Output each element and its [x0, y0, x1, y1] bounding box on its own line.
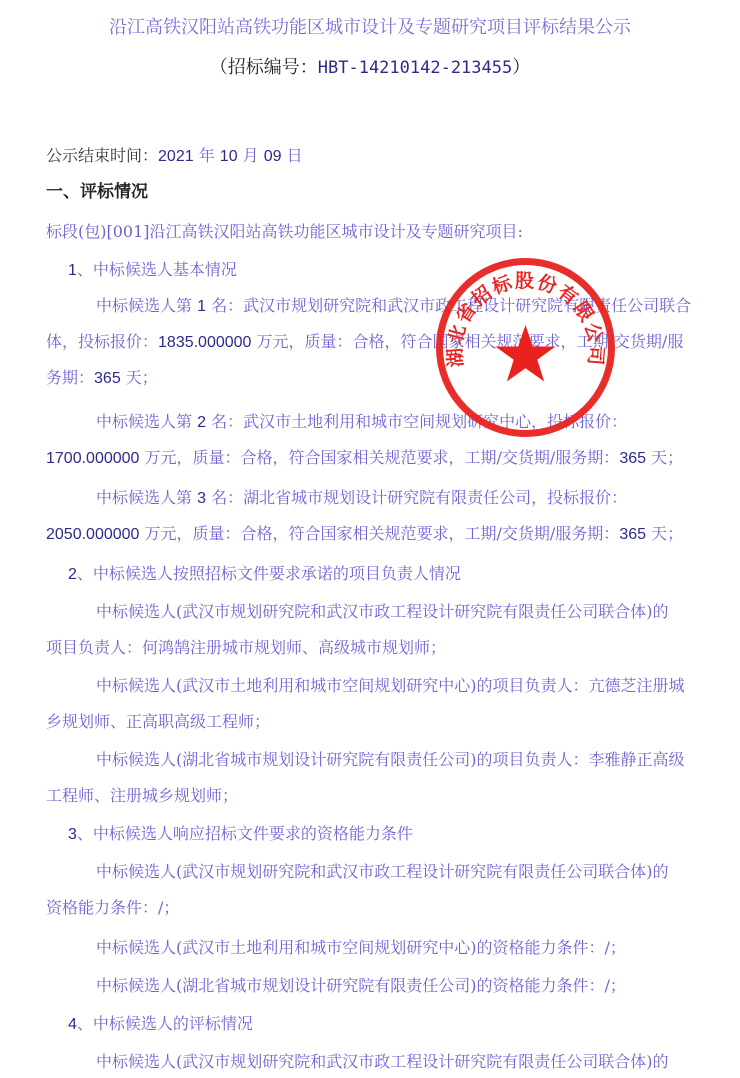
service-days: 365 — [94, 370, 121, 387]
project-lead-line: 中标候选人(武汉市规划研究院和武汉市政工程设计研究院有限责任公司联合体)的 — [96, 602, 669, 622]
year-unit: 年 — [194, 146, 220, 165]
bid-price: 2050.000000 — [46, 526, 139, 543]
svg-text:湖北省招标股份有限公司: 湖北省招标股份有限公司 — [443, 270, 607, 368]
text: 体，投标报价： — [46, 332, 158, 351]
subsection-index: 4 — [68, 1016, 77, 1033]
tender-code: HBT-14210142-213455 — [318, 58, 512, 78]
publicity-end-time: 公示结束时间：2021 年 10 月 09 日 — [46, 146, 303, 167]
text: 务期： — [46, 368, 94, 387]
rank: 1 — [197, 298, 206, 315]
project-lead-line: 中标候选人(武汉市土地利用和城市空间规划研究中心)的项目负责人：亢德芝注册城 — [96, 676, 685, 696]
project-lead-line: 工程师、注册城乡规划师； — [46, 786, 238, 806]
section-heading-evaluation: 一、评标情况 — [46, 182, 148, 202]
service-days: 365 — [619, 526, 646, 543]
document-page: 沿江高铁汉阳站高铁功能区城市设计及专题研究项目评标结果公示 （招标编号：HBT-… — [0, 0, 740, 1078]
candidate-3-line1: 中标候选人第 3 名：湖北省城市规划设计研究院有限责任公司，投标报价： — [96, 488, 627, 509]
end-time-month: 10 — [220, 148, 238, 165]
text: 天； — [121, 368, 158, 387]
candidate-1-line1: 中标候选人第 1 名：武汉市规划研究院和武汉市政工程设计研究院有限责任公司联合 — [96, 296, 691, 317]
text: 万元，质量：合格，符合国家相关规范要求，工期/交货期/服务期： — [139, 448, 619, 467]
subsection-title: 、中标候选人的评标情况 — [77, 1014, 253, 1033]
text: 中标候选人第 — [96, 488, 197, 507]
qualification-line: 资格能力条件：/； — [46, 898, 179, 918]
text: 名：湖北省城市规划设计研究院有限责任公司，投标报价： — [206, 488, 627, 507]
tender-number-prefix: （招标编号： — [210, 57, 318, 78]
subsection-1-heading: 1、中标候选人基本情况 — [68, 260, 237, 281]
text: 中标候选人第 — [96, 412, 197, 431]
qualification-line: 中标候选人(湖北省城市规划设计研究院有限责任公司)的资格能力条件：/； — [96, 976, 626, 996]
project-lead-line: 乡规划师、正高职高级工程师； — [46, 712, 270, 732]
subsection-title: 、中标候选人基本情况 — [77, 260, 237, 279]
subsection-2-heading: 2、中标候选人按照招标文件要求承诺的项目负责人情况 — [68, 564, 461, 585]
subsection-index: 3 — [68, 826, 77, 843]
project-lead-line: 中标候选人(湖北省城市规划设计研究院有限责任公司)的项目负责人：李雅静正高级 — [96, 750, 685, 770]
month-unit: 月 — [238, 146, 264, 165]
candidate-3-line2: 2050.000000 万元，质量：合格，符合国家相关规范要求，工期/交货期/服… — [46, 524, 683, 545]
subsection-title: 、中标候选人响应招标文件要求的资格能力条件 — [77, 824, 413, 843]
bid-price: 1835.000000 — [158, 334, 251, 351]
rank: 3 — [197, 490, 206, 507]
text: 天； — [646, 448, 683, 467]
subsection-index: 2 — [68, 566, 77, 583]
document-title: 沿江高铁汉阳站高铁功能区城市设计及专题研究项目评标结果公示 — [0, 18, 740, 38]
text: 名：武汉市土地利用和城市空间规划研究中心，投标报价： — [206, 412, 627, 431]
day-unit: 日 — [282, 146, 303, 165]
lot-line: 标段(包)[001]沿江高铁汉阳站高铁功能区城市设计及专题研究项目: — [46, 222, 523, 242]
tender-number: （招标编号：HBT-14210142-213455） — [0, 58, 740, 78]
candidate-1-line2: 体，投标报价：1835.000000 万元，质量：合格，符合国家相关规范要求，工… — [46, 332, 683, 353]
qualification-line: 中标候选人(武汉市土地利用和城市空间规划研究中心)的资格能力条件：/； — [96, 938, 626, 958]
text: 中标候选人第 — [96, 296, 197, 315]
tender-number-suffix: ） — [512, 57, 530, 78]
service-days: 365 — [619, 450, 646, 467]
subsection-3-heading: 3、中标候选人响应招标文件要求的资格能力条件 — [68, 824, 413, 845]
subsection-4-heading: 4、中标候选人的评标情况 — [68, 1014, 253, 1035]
text: 名：武汉市规划研究院和武汉市政工程设计研究院有限责任公司联合 — [206, 296, 691, 315]
candidate-2-line2: 1700.000000 万元，质量：合格，符合国家相关规范要求，工期/交货期/服… — [46, 448, 683, 469]
end-time-label: 公示结束时间： — [46, 146, 158, 165]
candidate-1-line3: 务期：365 天； — [46, 368, 158, 389]
subsection-index: 1 — [68, 262, 77, 279]
end-time-year: 2021 — [158, 148, 194, 165]
project-lead-line: 项目负责人：何鸿鹄注册城市规划师、高级城市规划师； — [46, 638, 446, 658]
text: 万元，质量：合格，符合国家相关规范要求，工期/交货期/服务期： — [139, 524, 619, 543]
text: 天； — [646, 524, 683, 543]
end-time-day: 09 — [264, 148, 282, 165]
qualification-line: 中标候选人(武汉市规划研究院和武汉市政工程设计研究院有限责任公司联合体)的 — [96, 862, 669, 882]
rank: 2 — [197, 414, 206, 431]
subsection-title: 、中标候选人按照招标文件要求承诺的项目负责人情况 — [77, 564, 461, 583]
candidate-2-line1: 中标候选人第 2 名：武汉市土地利用和城市空间规划研究中心，投标报价： — [96, 412, 627, 433]
text: 万元，质量：合格，符合国家相关规范要求，工期/交货期/服 — [251, 332, 683, 351]
bid-price: 1700.000000 — [46, 450, 139, 467]
evaluation-line: 中标候选人(武汉市规划研究院和武汉市政工程设计研究院有限责任公司联合体)的 — [96, 1052, 669, 1072]
